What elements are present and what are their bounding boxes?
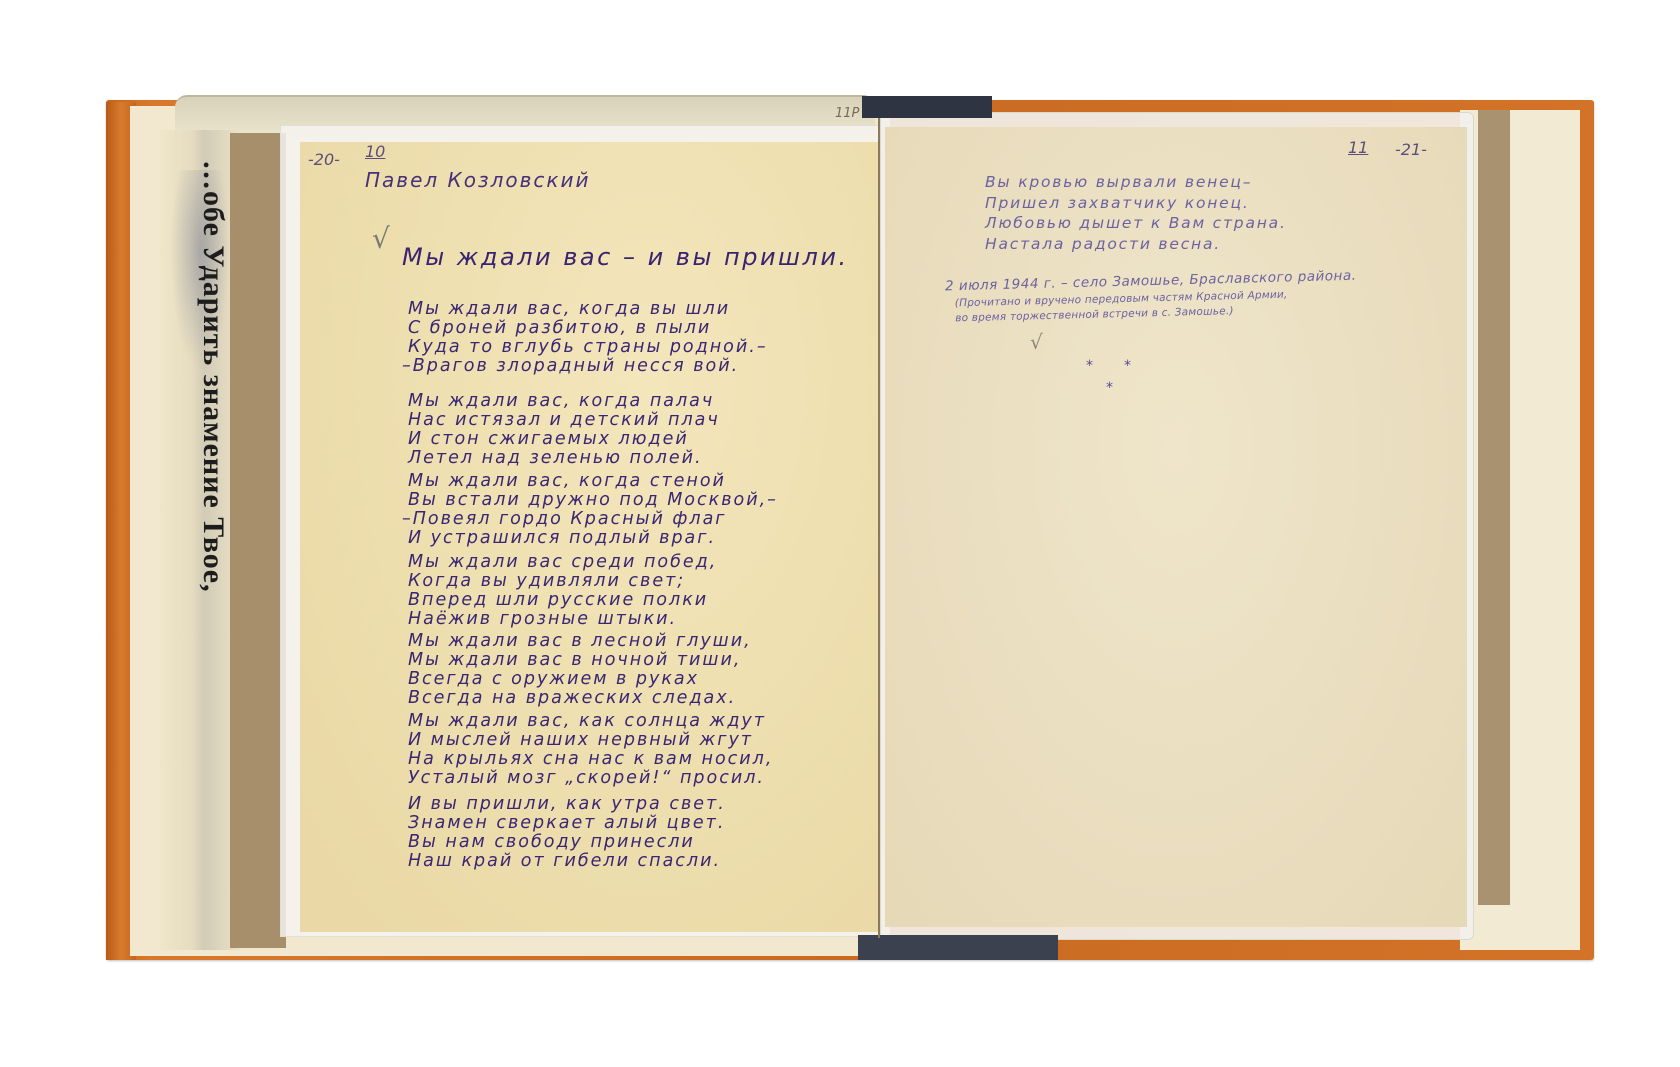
verse-line: Вы встали дружно под Москвой,– [408,491,778,510]
poem-author: Павел Козловский [365,168,590,192]
verse-line: Настала радости весна. [985,234,1287,255]
stanza-3: Мы ждали вас, когда стеной Вы встали дру… [408,472,778,548]
verse-line: Любовью дышет к Вам страна. [985,213,1287,234]
star-icon: * [1106,380,1113,396]
verse-line: Мы ждали вас, когда палач [408,392,720,411]
verse-line: И устрашился подлый враг. [408,529,778,548]
verse-line: Мы ждали вас среди побед, [408,553,717,572]
verse-line: Знамен сверкает алый цвет. [408,814,726,833]
stanza-6: Мы ждали вас, как солнца ждут И мыслей н… [408,712,773,788]
right-folio-number: 11 [1348,138,1368,157]
verse-line: –Врагов злорадный несся вой. [402,357,768,376]
verse-line: Вперед шли русские полки [408,591,717,610]
verse-line: Куда то вглубь страны родной.– [408,338,768,357]
check-mark-icon: √ [1030,330,1043,354]
verse-line: И стон сжигаемых людей [408,430,720,449]
stanza-4: Мы ждали вас среди побед, Когда вы удивл… [408,553,717,629]
spine-fold [878,118,880,938]
left-folio-number: 10 [365,142,385,161]
stanza-7: И вы пришли, как утра свет. Знамен сверк… [408,795,726,871]
stanza-5: Мы ждали вас в лесной глуши, Мы ждали ва… [408,632,752,708]
left-page-number: -20- [308,150,340,169]
spine-tape-bottom [858,935,1058,960]
check-mark-icon: √ [372,222,390,255]
verse-line: Всегда с оружием в руках [408,670,752,689]
spine-tape-top [862,96,992,118]
verse-line: Нас истязал и детский плач [408,411,720,430]
verse-line: Летел над зеленью полей. [408,449,720,468]
star-icon: * [1124,358,1131,374]
verse-line: Наш край от гибели спасли. [408,852,726,871]
newspaper-text: …обе Ударить знамение Твое, [190,160,230,720]
verse-line: С броней разбитою, в пыли [408,319,768,338]
star-icon: * [1086,358,1093,374]
cardboard-strip-right [1478,110,1510,905]
right-page-number: -21- [1395,140,1427,159]
stanza-1: Мы ждали вас, когда вы шли С броней разб… [408,300,768,376]
verse-line: –Повеял гордо Красный флаг [402,510,778,529]
verse-line: Пришел захватчику конец. [985,193,1287,214]
stanza-2: Мы ждали вас, когда палач Нас истязал и … [408,392,720,468]
verse-line: И мыслей наших нервный жгут [408,731,773,750]
poem-title: Мы ждали вас – и вы пришли. [402,243,849,271]
verse-line: Наёжив грозные штыки. [408,610,717,629]
verse-line: Мы ждали вас, когда стеной [408,472,778,491]
right-stanza: Вы кровью вырвали венец– Пришел захватчи… [985,172,1287,254]
cardboard-strip-left [230,133,286,948]
verse-line: На крыльях сна нас к вам носил, [408,750,773,769]
verse-line: Вы нам свободу принесли [408,833,726,852]
verse-line: Вы кровью вырвали венец– [985,172,1287,193]
verse-line: Мы ждали вас в ночной тиши, [408,651,752,670]
verse-line: Мы ждали вас, когда вы шли [408,300,768,319]
verse-line: Усталый мозг „скорей!“ просил. [408,769,773,788]
verse-line: Когда вы удивляли свет; [408,572,717,591]
verse-line: Мы ждали вас, как солнца ждут [408,712,773,731]
verse-line: Всегда на вражеских следах. [408,689,752,708]
verse-line: И вы пришли, как утра свет. [408,795,726,814]
verse-line: Мы ждали вас в лесной глуши, [408,632,752,651]
top-tab-number: 11Р [835,106,859,121]
